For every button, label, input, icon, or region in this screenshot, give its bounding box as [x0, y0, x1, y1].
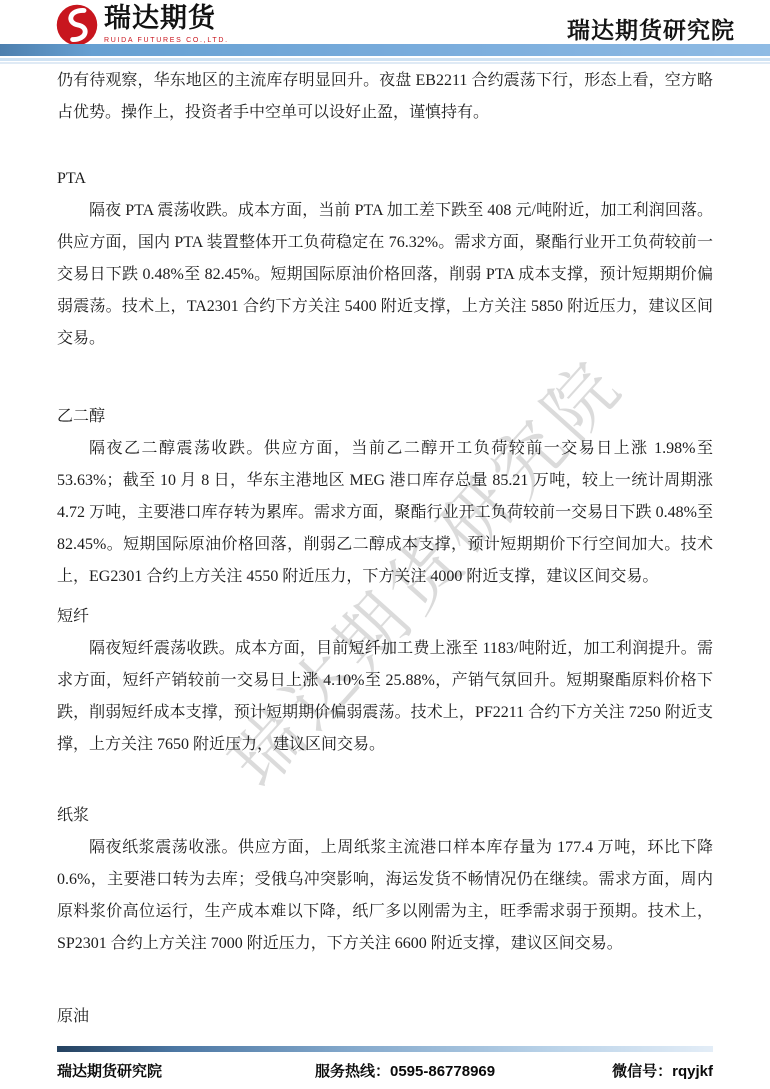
footer-wechat-id: 微信号：rqyjkf [612, 1060, 713, 1081]
section-body: 隔夜短纤震荡收跌。成本方面，目前短纤加工费上涨至 1183/吨附近，加工利润提升… [57, 633, 713, 761]
section-body: 隔夜 PTA 震荡收跌。成本方面，当前 PTA 加工差下跌至 408 元/吨附近… [57, 195, 713, 355]
section-heading: 乙二醇 [57, 401, 713, 433]
footer-row: 瑞达期货研究院 服务热线：0595-86778969 微信号：rqyjkf [57, 1060, 713, 1082]
company-logo: 瑞达期货 RUIDA FUTURES CO.,LTD. [55, 3, 229, 47]
section-heading: 原油 [57, 1001, 713, 1033]
report-page: 瑞达期货 RUIDA FUTURES CO.,LTD. 瑞达期货研究院 瑞达期货… [0, 0, 770, 1089]
section-heading: PTA [57, 163, 713, 195]
header-divider-bar [0, 44, 770, 64]
section-heading: 纸浆 [57, 800, 713, 832]
section-heading: 短纤 [57, 601, 713, 633]
report-body: 仍有待观察，华东地区的主流库存明显回升。夜盘 EB2211 合约震荡下行，形态上… [57, 65, 713, 1033]
divider-bar-main [0, 44, 770, 56]
footer-hotline: 服务热线：0595-86778969 [315, 1060, 495, 1081]
brand-name-cn: 瑞达期货 [104, 3, 229, 34]
section-short-fiber: 短纤 隔夜短纤震荡收跌。成本方面，目前短纤加工费上涨至 1183/吨附近，加工利… [57, 601, 713, 761]
header-institute-title: 瑞达期货研究院 [567, 12, 735, 45]
logo-text: 瑞达期货 RUIDA FUTURES CO.,LTD. [104, 3, 229, 45]
section-pta: PTA 隔夜 PTA 震荡收跌。成本方面，当前 PTA 加工差下跌至 408 元… [57, 163, 713, 355]
section-body: 隔夜纸浆震荡收涨。供应方面，上周纸浆主流港口样本库存量为 177.4 万吨，环比… [57, 832, 713, 960]
page-header: 瑞达期货 RUIDA FUTURES CO.,LTD. 瑞达期货研究院 [0, 0, 770, 44]
section-crude-oil: 原油 [57, 1001, 713, 1033]
intro-paragraph: 仍有待观察，华东地区的主流库存明显回升。夜盘 EB2211 合约震荡下行，形态上… [57, 65, 713, 129]
page-footer: 瑞达期货研究院 服务热线：0595-86778969 微信号：rqyjkf [0, 1044, 770, 1089]
divider-stripe [0, 62, 770, 64]
ruida-swirl-icon [55, 3, 99, 47]
section-meg: 乙二醇 隔夜乙二醇震荡收跌。供应方面，当前乙二醇开工负荷较前一交易日上涨 1.9… [57, 401, 713, 593]
section-pulp: 纸浆 隔夜纸浆震荡收涨。供应方面，上周纸浆主流港口样本库存量为 177.4 万吨… [57, 800, 713, 960]
section-body: 隔夜乙二醇震荡收跌。供应方面，当前乙二醇开工负荷较前一交易日上涨 1.98%至 … [57, 433, 713, 593]
footer-institute: 瑞达期货研究院 [57, 1060, 162, 1081]
footer-divider-bar [57, 1046, 713, 1052]
